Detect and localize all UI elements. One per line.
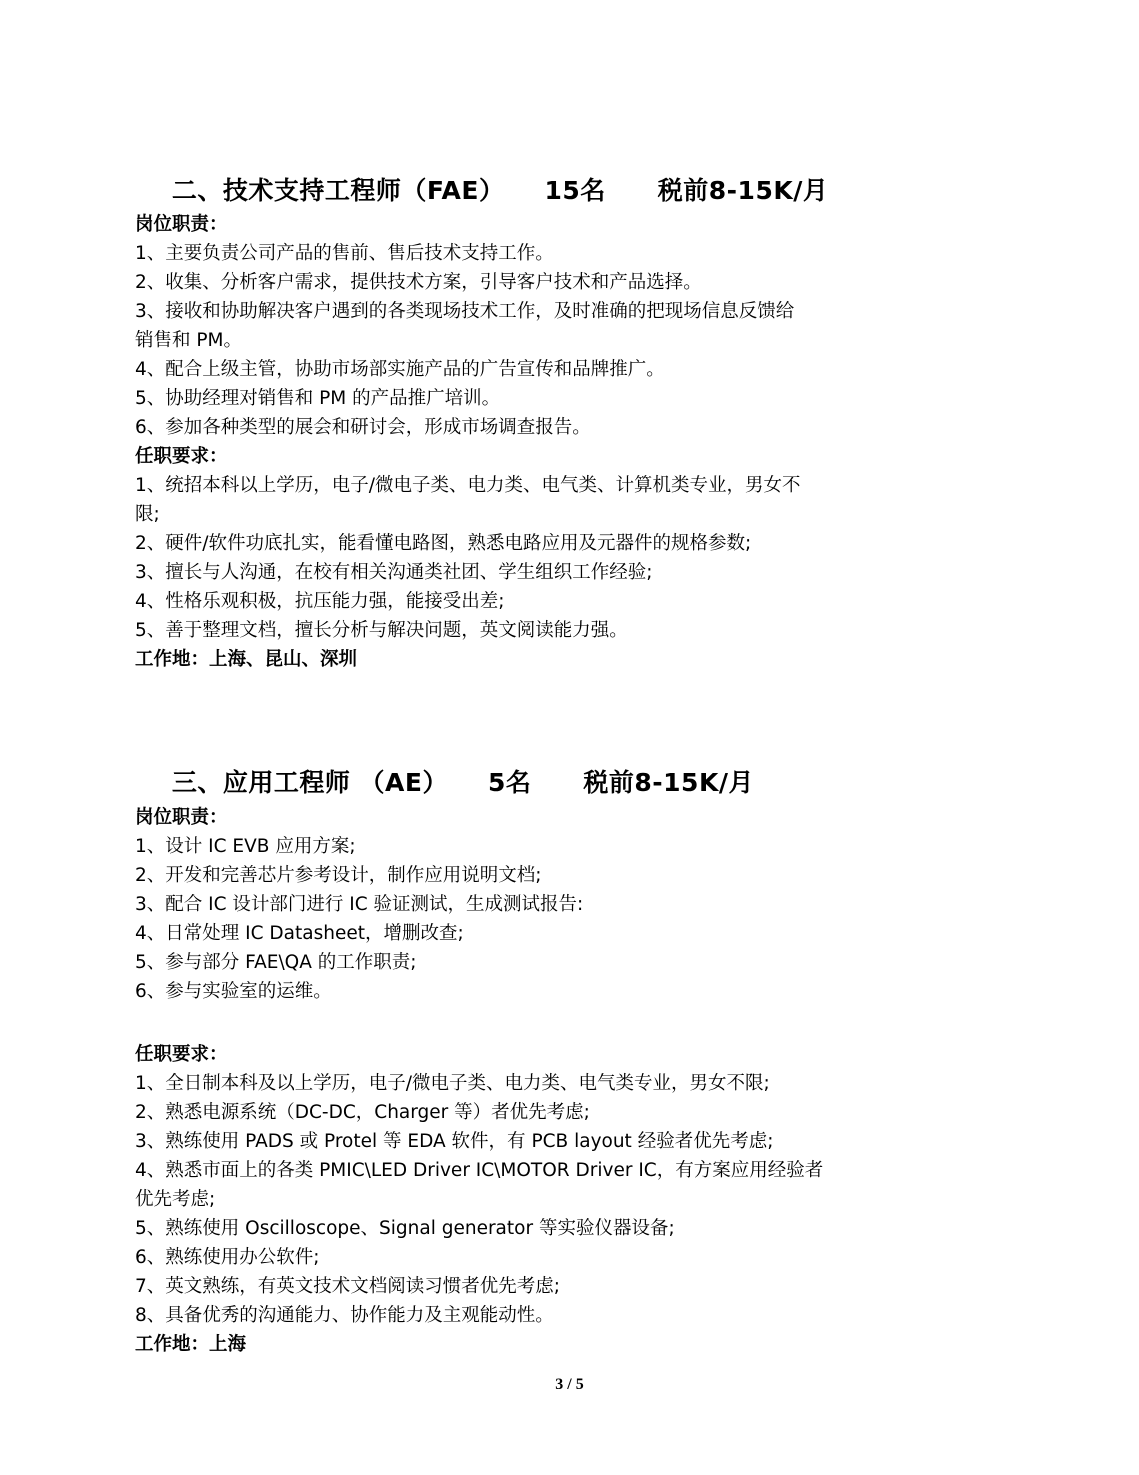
duty-item: 5、协助经理对销售和 PM 的产品推广培训。	[135, 384, 500, 410]
duty-item: 6、参与实验室的运维。	[135, 977, 332, 1003]
requirement-item: 4、熟悉市面上的各类 PMIC\LED Driver IC\MOTOR Driv…	[135, 1156, 823, 1182]
requirement-item: 3、擅长与人沟通，在校有相关沟通类社团、学生组织工作经验;	[135, 558, 653, 584]
duty-item: 6、参加各种类型的展会和研讨会，形成市场调查报告。	[135, 413, 591, 439]
position-name: 应用工程师 （AE）	[223, 763, 448, 799]
work-location: 工作地：上海、昆山、深圳	[135, 645, 357, 671]
requirement-item: 3、熟练使用 PADS 或 Protel 等 EDA 软件，有 PCB layo…	[135, 1127, 773, 1153]
requirements-label: 任职要求：	[135, 442, 228, 468]
duty-item: 4、日常处理 IC Datasheet，增删改查;	[135, 919, 464, 945]
duty-item: 2、收集、分析客户需求，提供技术方案，引导客户技术和产品选择。	[135, 268, 702, 294]
requirement-item-continuation: 限;	[135, 500, 160, 526]
requirement-item: 5、熟练使用 Oscilloscope、Signal generator 等实验…	[135, 1214, 675, 1240]
page-number: 3 / 5	[0, 1376, 1139, 1394]
duty-item: 4、配合上级主管，协助市场部实施产品的广告宣传和品牌推广。	[135, 355, 665, 381]
duty-item: 5、参与部分 FAE\QA 的工作职责;	[135, 948, 417, 974]
requirement-item: 2、熟悉电源系统（DC-DC，Charger 等）者优先考虑;	[135, 1098, 590, 1124]
document-page: 二、技术支持工程师（FAE）15名税前8-15K/月 岗位职责： 1、主要负责公…	[0, 0, 1139, 1475]
requirement-item: 2、硬件/软件功底扎实，能看懂电路图，熟悉电路应用及元器件的规格参数;	[135, 529, 751, 555]
position-name: 技术支持工程师（FAE）	[223, 171, 505, 207]
requirement-item: 4、性格乐观积极，抗压能力强，能接受出差;	[135, 587, 505, 613]
duty-item: 3、接收和协助解决客户遇到的各类现场技术工作，及时准确的把现场信息反馈给	[135, 297, 794, 323]
requirement-item: 1、全日制本科及以上学历，电子/微电子类、电力类、电气类专业，男女不限;	[135, 1069, 770, 1095]
duty-item: 1、设计 IC EVB 应用方案;	[135, 832, 356, 858]
duties-label: 岗位职责：	[135, 210, 228, 236]
requirement-item: 6、熟练使用办公软件;	[135, 1243, 320, 1269]
salary: 税前8-15K/月	[583, 763, 754, 799]
headcount: 5名	[488, 763, 531, 799]
work-location: 工作地：上海	[135, 1330, 246, 1356]
salary: 税前8-15K/月	[658, 171, 829, 207]
section-number: 二、	[172, 171, 223, 207]
requirement-item: 8、具备优秀的沟通能力、协作能力及主观能动性。	[135, 1301, 554, 1327]
section-title-fae: 二、技术支持工程师（FAE）15名税前8-15K/月	[135, 142, 828, 236]
requirement-item: 7、英文熟练，有英文技术文档阅读习惯者优先考虑;	[135, 1272, 560, 1298]
duty-item: 1、主要负责公司产品的售前、售后技术支持工作。	[135, 239, 554, 265]
requirements-label: 任职要求：	[135, 1040, 228, 1066]
requirement-item: 5、善于整理文档，擅长分析与解决问题，英文阅读能力强。	[135, 616, 628, 642]
requirement-item: 1、统招本科以上学历，电子/微电子类、电力类、电气类、计算机类专业，男女不	[135, 471, 801, 497]
requirement-item-continuation: 优先考虑;	[135, 1185, 215, 1211]
duty-item-continuation: 销售和 PM。	[135, 326, 242, 352]
headcount: 15名	[544, 171, 605, 207]
duty-item: 2、开发和完善芯片参考设计，制作应用说明文档;	[135, 861, 542, 887]
section-number: 三、	[172, 763, 223, 799]
duty-item: 3、配合 IC 设计部门进行 IC 验证测试，生成测试报告:	[135, 890, 583, 916]
duties-label: 岗位职责：	[135, 803, 228, 829]
